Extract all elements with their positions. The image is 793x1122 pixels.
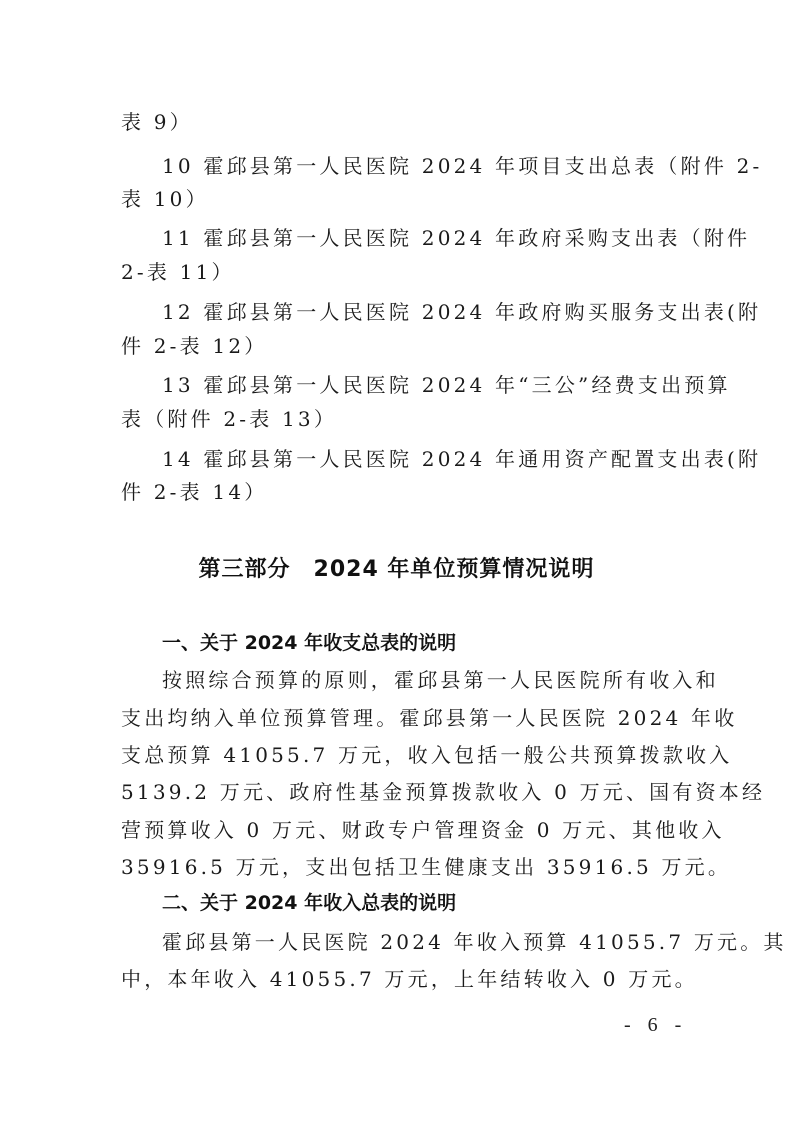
list-item-11-line1: 11 霍邱县第一人民医院 2024 年政府采购支出表（附件 [162, 222, 750, 251]
page-number: - 6 - [624, 1014, 687, 1037]
part-title: 第三部分 2024 年单位预算情况说明 [0, 552, 793, 583]
list-item-14-line2: 件 2-表 14） [121, 476, 267, 505]
section-1-para-line: 支总预算 41055.7 万元，收入包括一般公共预算拨款收入 [121, 739, 732, 768]
section-1-para-line: 营预算收入 0 万元、财政专户管理资金 0 万元、其他收入 [121, 814, 725, 843]
section-1-para-line: 支出均纳入单位预算管理。霍邱县第一人民医院 2024 年收 [121, 702, 737, 731]
list-item-14-line1: 14 霍邱县第一人民医院 2024 年通用资产配置支出表(附 [162, 443, 761, 472]
list-item-12-line2: 件 2-表 12） [121, 330, 267, 359]
section-1-para-line: 按照综合预算的原则，霍邱县第一人民医院所有收入和 [162, 664, 719, 693]
section-1-heading: 一、关于 2024 年收支总表的说明 [162, 628, 456, 655]
list-item-13-line1: 13 霍邱县第一人民医院 2024 年“三公”经费支出预算 [162, 369, 731, 398]
list-item-13-line2: 表（附件 2-表 13） [121, 403, 337, 432]
section-2-heading: 二、关于 2024 年收入总表的说明 [162, 888, 456, 915]
section-1-para-line: 35916.5 万元，支出包括卫生健康支出 35916.5 万元。 [121, 851, 731, 880]
document-page: 表 9） 10 霍邱县第一人民医院 2024 年项目支出总表（附件 2- 表 1… [0, 0, 793, 1122]
list-item-10-line2: 表 10） [121, 183, 209, 212]
section-1-para-line: 5139.2 万元、政府性基金预算拨款收入 0 万元、国有资本经 [121, 776, 765, 805]
list-item-11-line2: 2-表 11） [121, 256, 235, 285]
section-2-para-line: 中，本年收入 41055.7 万元，上年结转收入 0 万元。 [121, 963, 698, 992]
section-2-para-line: 霍邱县第一人民医院 2024 年收入预算 41055.7 万元。其 [162, 926, 787, 955]
list-item-12-line1: 12 霍邱县第一人民医院 2024 年政府购买服务支出表(附 [162, 296, 761, 325]
list-item-10-line1: 10 霍邱县第一人民医院 2024 年项目支出总表（附件 2- [162, 150, 762, 179]
list-continuation: 表 9） [121, 106, 193, 135]
